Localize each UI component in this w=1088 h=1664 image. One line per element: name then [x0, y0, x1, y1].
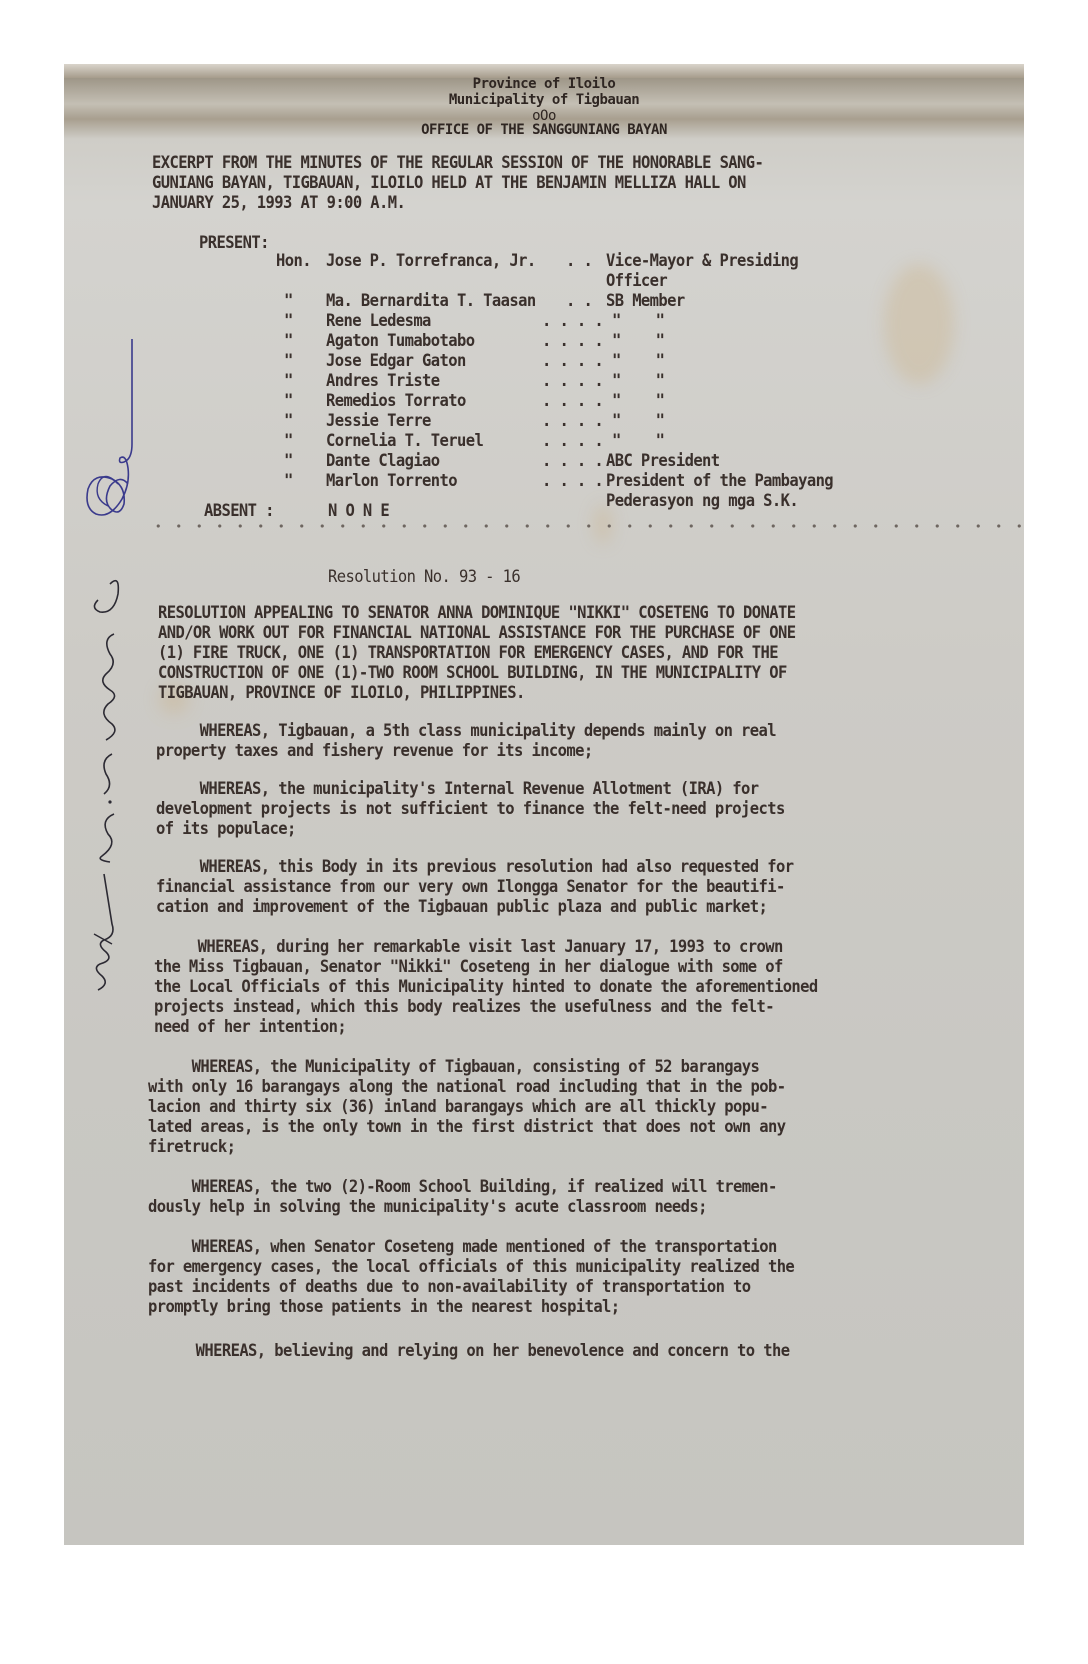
- attendee-name: Andres Triste: [326, 370, 440, 392]
- clause-line: for emergency cases, the local officials…: [148, 1256, 794, 1278]
- attendee-name: Ma. Bernardita T. Taasan: [326, 290, 536, 312]
- attendee-ditto: ": [284, 330, 293, 352]
- attendee-name: Jose Edgar Gaton: [326, 350, 466, 372]
- excerpt-line: EXCERPT FROM THE MINUTES OF THE REGULAR …: [152, 152, 763, 174]
- attendee-ditto: ": [284, 430, 293, 452]
- attendee-position: " ": [612, 350, 664, 372]
- attendee-leader: . .: [566, 250, 592, 272]
- clause-line: WHEREAS, when Senator Coseteng made ment…: [148, 1236, 777, 1258]
- clause-line: WHEREAS, the two (2)-Room School Buildin…: [148, 1176, 777, 1198]
- attendee-leader: . . . .: [542, 310, 603, 332]
- document-photo: Province of Iloilo Municipality of Tigba…: [64, 64, 1024, 1545]
- clause-line: lated areas, is the only town in the fir…: [148, 1116, 785, 1138]
- attendee-position: " ": [612, 430, 664, 452]
- clause-line: lacion and thirty six (36) inland barang…: [148, 1096, 768, 1118]
- attendee-ditto: ": [284, 290, 293, 312]
- clause-line: financial assistance from our very own I…: [156, 876, 785, 898]
- absent-label: ABSENT :: [204, 500, 274, 522]
- attendee-leader: . . . .: [542, 330, 603, 352]
- section-divider: [148, 524, 1024, 528]
- attendee-prefix: Hon.: [276, 250, 311, 272]
- attendee-name: Remedios Torrato: [326, 390, 466, 412]
- attendee-position: ABC President: [606, 450, 720, 472]
- attendee-leader: . . . .: [542, 430, 603, 452]
- clause-line: promptly bring those patients in the nea…: [148, 1296, 620, 1318]
- attendee-leader: . . . .: [542, 350, 603, 372]
- attendee-name: Marlon Torrento: [326, 470, 457, 492]
- attendee-position-cont: Pederasyon ng mga S.K.: [606, 490, 798, 512]
- clause-line: of its populace;: [156, 818, 296, 840]
- absent-value: N O N E: [328, 500, 389, 522]
- clause-line: projects instead, which this body realiz…: [154, 996, 774, 1018]
- clause-line: WHEREAS, the Municipality of Tigbauan, c…: [148, 1056, 759, 1078]
- resolution-number: Resolution No. 93 - 16: [328, 566, 520, 588]
- clause-line: property taxes and fishery revenue for i…: [156, 740, 593, 762]
- attendee-name: Jose P. Torrefranca, Jr.: [326, 250, 536, 272]
- clause-line: firetruck;: [148, 1136, 235, 1158]
- attendee-leader: . .: [566, 290, 592, 312]
- attendee-leader: . . . .: [542, 410, 603, 432]
- excerpt-line: GUNIANG BAYAN, TIGBAUAN, ILOILO HELD AT …: [152, 172, 746, 194]
- clause-line: WHEREAS, the municipality's Internal Rev…: [156, 778, 759, 800]
- attendee-leader: . . . .: [542, 470, 603, 492]
- clause-line: WHEREAS, Tigbauan, a 5th class municipal…: [156, 720, 776, 742]
- clause-line: the Local Officials of this Municipality…: [154, 976, 818, 998]
- clause-line: WHEREAS, believing and relying on her be…: [152, 1340, 789, 1362]
- clause-line: need of her intention;: [154, 1016, 346, 1038]
- stain: [884, 264, 954, 384]
- blue-ink-signature-icon: [74, 334, 134, 534]
- clause-line: the Miss Tigbauan, Senator "Nikki" Coset…: [154, 956, 783, 978]
- attendee-ditto: ": [284, 310, 293, 332]
- resolution-title-line: (1) FIRE TRUCK, ONE (1) TRANSPORTATION F…: [158, 642, 778, 664]
- attendee-position: " ": [612, 330, 664, 352]
- attendee-ditto: ": [284, 410, 293, 432]
- attendee-position: " ": [612, 410, 664, 432]
- attendee-position: " ": [612, 390, 664, 412]
- attendee-ditto: ": [284, 370, 293, 392]
- excerpt-line: JANUARY 25, 1993 AT 9:00 A.M.: [152, 192, 405, 214]
- present-label: PRESENT:: [199, 232, 269, 254]
- attendee-ditto: ": [284, 470, 293, 492]
- resolution-title-line: RESOLUTION APPEALING TO SENATOR ANNA DOM…: [158, 602, 795, 624]
- attendee-leader: . . . .: [542, 450, 603, 472]
- resolution-title-line: TIGBAUAN, PROVINCE OF ILOILO, PHILIPPINE…: [158, 682, 525, 704]
- clause-line: WHEREAS, during her remarkable visit las…: [154, 936, 783, 958]
- clause-line: with only 16 barangays along the nationa…: [148, 1076, 785, 1098]
- attendee-name: Rene Ledesma: [326, 310, 431, 332]
- handwritten-initials-signature-icon: [82, 864, 122, 994]
- attendee-position: SB Member: [606, 290, 685, 312]
- header-province: Province of Iloilo: [64, 76, 1024, 92]
- attendee-position: " ": [612, 370, 664, 392]
- clause-line: cation and improvement of the Tigbauan p…: [156, 896, 767, 918]
- attendee-ditto: ": [284, 350, 293, 372]
- handwritten-name-signature-icon: [80, 564, 130, 864]
- resolution-title-line: CONSTRUCTION OF ONE (1)-TWO ROOM SCHOOL …: [158, 662, 787, 684]
- attendee-name: Jessie Terre: [326, 410, 431, 432]
- clause-line: past incidents of deaths due to non-avai…: [148, 1276, 751, 1298]
- attendee-position-cont: Officer: [606, 270, 667, 292]
- attendee-name: Agaton Tumabotabo: [326, 330, 474, 352]
- attendee-name: Dante Clagiao: [326, 450, 440, 472]
- attendee-name: Cornelia T. Teruel: [326, 430, 483, 452]
- clause-line: dously help in solving the municipality'…: [148, 1196, 707, 1218]
- attendee-leader: . . . .: [542, 370, 603, 392]
- attendee-leader: . . . .: [542, 390, 603, 412]
- clause-line: development projects is not sufficient t…: [156, 798, 785, 820]
- header-office: OFFICE OF THE SANGGUNIANG BAYAN: [64, 122, 1024, 138]
- attendee-ditto: ": [284, 450, 293, 472]
- attendee-position: President of the Pambayang: [606, 470, 833, 492]
- clause-line: WHEREAS, this Body in its previous resol…: [156, 856, 793, 878]
- resolution-title-line: AND/OR WORK OUT FOR FINANCIAL NATIONAL A…: [158, 622, 795, 644]
- header-municipality: Municipality of Tigbauan: [64, 92, 1024, 108]
- attendee-ditto: ": [284, 390, 293, 412]
- attendee-position: Vice-Mayor & Presiding: [606, 250, 798, 272]
- attendee-position: " ": [612, 310, 664, 332]
